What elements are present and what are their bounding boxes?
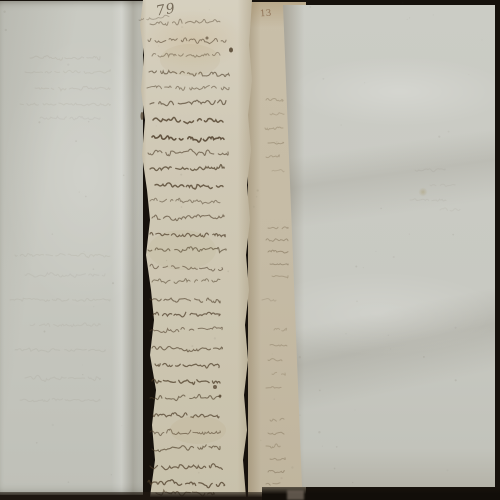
- right-blank-page: [283, 5, 495, 487]
- photo-edge-bottom-left: [0, 492, 262, 500]
- manuscript-scan: 79 13: [0, 0, 500, 500]
- folio-number-strip: 79: [155, 0, 177, 19]
- manuscript-strip: [136, 0, 254, 497]
- folio-number-stub: 13: [260, 9, 272, 20]
- left-blank-page: [0, 1, 143, 495]
- photo-edge-light-streak: [287, 490, 304, 500]
